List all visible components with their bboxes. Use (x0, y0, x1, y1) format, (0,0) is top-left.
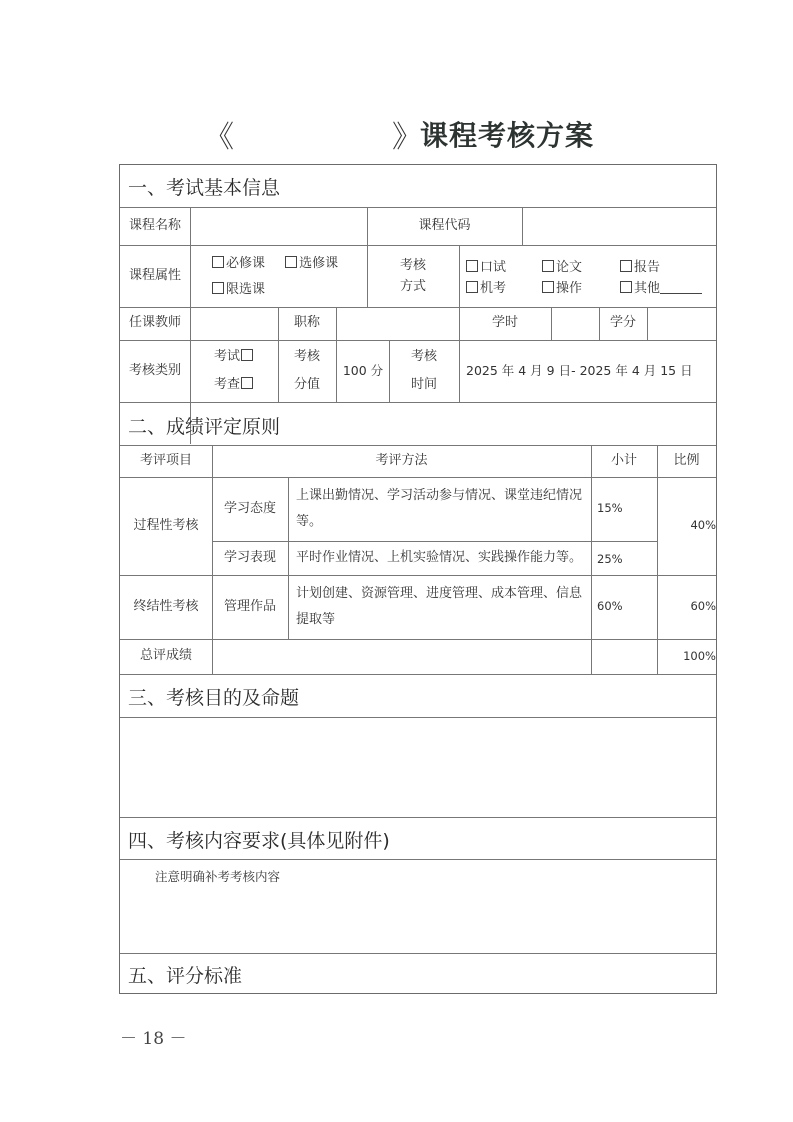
checkbox-icon[interactable] (241, 349, 253, 361)
option-operation[interactable]: 操作 (542, 278, 620, 299)
course-code-label: 课程代码 (367, 207, 522, 245)
hours-field[interactable] (552, 307, 599, 340)
option-required[interactable]: 必修课 (212, 256, 265, 271)
divider (120, 674, 716, 675)
option-limited-elective[interactable]: 限选课 (212, 282, 265, 297)
grading-subtotal-performance: 25% (597, 543, 657, 577)
section2-heading: 二、成绩评定原则 (128, 412, 280, 439)
option-computer[interactable]: 机考 (466, 278, 542, 299)
grading-item-process: 过程性考核 (120, 477, 212, 575)
grading-ratio-process: 40% (657, 477, 732, 575)
checkbox-icon[interactable] (620, 281, 632, 293)
column-header-ratio: 比例 (657, 445, 716, 477)
credits-field[interactable] (648, 307, 716, 340)
section5-heading: 五、评分标准 (128, 961, 242, 988)
divider (288, 477, 289, 639)
course-type-label: 课程属性 (120, 245, 190, 307)
option-exam[interactable]: 考试 (214, 343, 255, 371)
checkbox-icon[interactable] (212, 256, 224, 268)
grading-method-attitude: 上课出勤情况、学习活动参与情况、课堂违纪情况等。 (296, 481, 588, 537)
column-header-method: 考评方法 (212, 445, 591, 477)
divider (120, 859, 716, 860)
total-ratio: 100% (657, 639, 732, 674)
divider (120, 953, 716, 954)
option-check[interactable]: 考查 (214, 371, 255, 399)
section3-heading: 三、考核目的及命题 (128, 683, 299, 710)
total-label: 总评成绩 (120, 639, 212, 674)
grading-sub-attitude: 学习态度 (212, 477, 288, 541)
option-elective[interactable]: 选修课 (285, 256, 338, 271)
grading-sub-work: 管理作品 (212, 575, 288, 639)
column-header-subtotal: 小计 (591, 445, 657, 477)
title-left-bracket: 《 (204, 112, 234, 156)
course-type-options: 必修课 选修课 限选课 (212, 251, 338, 303)
time-value: 2025 年 4 月 9 日- 2025 年 4 月 15 日 (466, 340, 716, 402)
section4-content[interactable]: 注意明确补考考核内容 (155, 867, 280, 885)
method-options: 口试论文报告 机考操作其他 (466, 257, 716, 299)
checkbox-icon[interactable] (241, 377, 253, 389)
checkbox-icon[interactable] (212, 282, 224, 294)
section4-heading: 四、考核内容要求(具体见附件) (128, 826, 390, 853)
document-title: 《 》 课程考核方案 (0, 112, 793, 156)
checkbox-icon[interactable] (466, 260, 478, 272)
job-title-label: 职称 (278, 307, 336, 340)
title-right-bracket: 》 (392, 112, 422, 156)
grading-item-final: 终结性考核 (120, 575, 212, 639)
title-text: 课程考核方案 (420, 114, 594, 154)
course-name-label: 课程名称 (120, 207, 190, 245)
checkbox-icon[interactable] (466, 281, 478, 293)
checkbox-icon[interactable] (620, 260, 632, 272)
option-other[interactable]: 其他 (620, 281, 702, 296)
grading-ratio-final: 60% (657, 575, 732, 639)
hours-label: 学时 (459, 307, 551, 340)
score-label: 考核 分值 (278, 340, 336, 402)
divider (120, 402, 716, 403)
credits-label: 学分 (599, 307, 647, 340)
option-report[interactable]: 报告 (620, 260, 660, 275)
column-header-item: 考评项目 (120, 445, 212, 477)
page-number: － 18 － (120, 1024, 186, 1049)
divider (120, 817, 716, 818)
time-label: 考核 时间 (389, 340, 459, 402)
grading-subtotal-work: 60% (597, 575, 657, 639)
assessment-form: 一、考试基本信息 课程名称 课程代码 课程属性 必修课 选修课 限选课 考核 方… (119, 164, 717, 994)
section3-content-area[interactable] (120, 718, 716, 816)
teacher-field[interactable] (191, 307, 278, 340)
job-title-field[interactable] (337, 307, 459, 340)
category-options: 考试 考查 (191, 340, 278, 402)
grading-subtotal-attitude: 15% (597, 477, 657, 541)
checkbox-icon[interactable] (542, 281, 554, 293)
grading-sub-performance: 学习表现 (212, 541, 288, 575)
method-label: 考核 方式 (367, 245, 459, 307)
score-value: 100 分 (337, 340, 389, 402)
other-blank-line[interactable] (660, 283, 702, 294)
option-paper[interactable]: 论文 (542, 257, 620, 278)
option-oral[interactable]: 口试 (466, 257, 542, 278)
section1-heading: 一、考试基本信息 (128, 173, 280, 200)
grading-method-performance: 平时作业情况、上机实验情况、实践操作能力等。 (296, 541, 591, 575)
course-name-field[interactable] (191, 207, 367, 245)
grading-method-work: 计划创建、资源管理、进度管理、成本管理、信息提取等 (296, 579, 588, 635)
checkbox-icon[interactable] (285, 256, 297, 268)
checkbox-icon[interactable] (542, 260, 554, 272)
course-code-field[interactable] (523, 207, 716, 245)
teacher-label: 任课教师 (120, 307, 190, 340)
category-label: 考核类别 (120, 340, 190, 402)
